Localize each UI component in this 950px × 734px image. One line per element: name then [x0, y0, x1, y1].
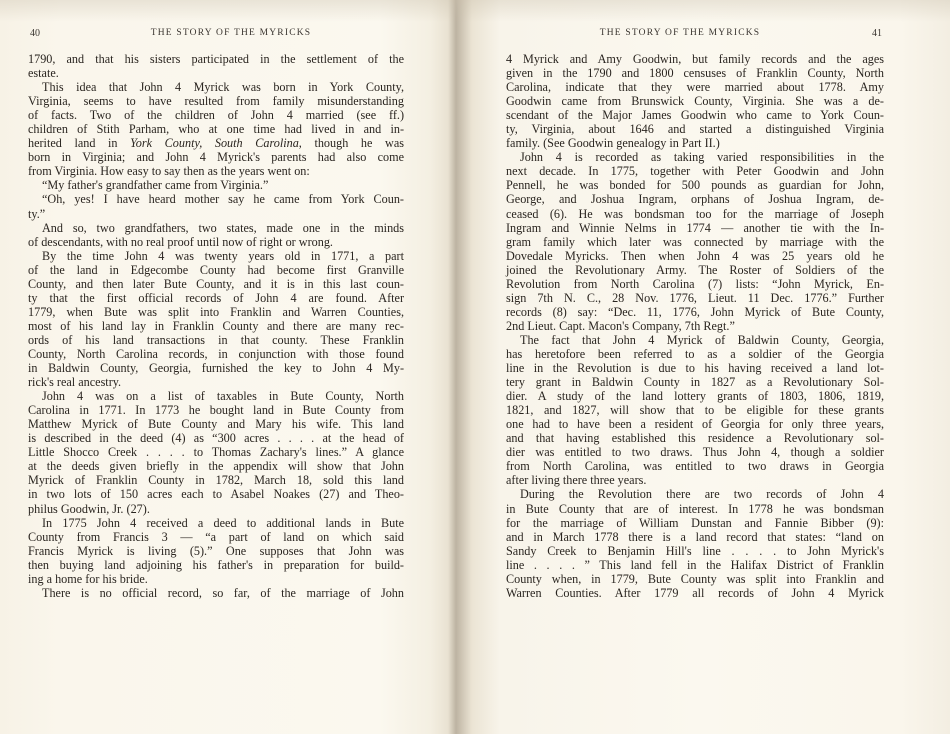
text-line: line in the Revolution is due to his hav…: [506, 361, 884, 375]
text-line: County, North Carolina records, in conju…: [28, 347, 404, 361]
text-line: from North Carolina, was entitled to two…: [506, 459, 884, 473]
text-line: scendant of the Major James Goodwin who …: [506, 108, 884, 122]
text-line: ing a home for his bride.: [28, 572, 404, 586]
text-line: During the Revolution there are two reco…: [506, 487, 884, 501]
text-line: In 1775 John 4 received a deed to additi…: [28, 516, 404, 530]
text-line: in Baldwin County, Georgia, furnished th…: [28, 361, 404, 375]
text-line: ceased (6). He was bondsman too for the …: [506, 207, 884, 221]
text-line: born in Virginia; and John 4 Myrick's pa…: [28, 150, 404, 164]
left-body-text: 1790, and that his sisters participated …: [28, 52, 404, 600]
text-line: Little Shocco Creek . . . . to Thomas Za…: [28, 445, 404, 459]
text-line: County when, in 1779, Bute County was sp…: [506, 572, 884, 586]
text-line: Carolina in 1771. In 1773 he bought land…: [28, 403, 404, 417]
text-line: dier was entitled to two draws. Thus Joh…: [506, 445, 884, 459]
text-line: Virginia, seems to have resulted from fa…: [28, 94, 404, 108]
text-line: 2nd Lieut. Capt. Macon's Company, 7th Re…: [506, 319, 884, 333]
text-line: estate.: [28, 66, 404, 80]
text-line: Dovedale Myricks. Then when John 4 was 2…: [506, 249, 884, 263]
text-line: family. (See Goodwin genealogy in Part I…: [506, 136, 884, 150]
text-line: at the deeds given briefly in the append…: [28, 459, 404, 473]
text-line: philus Goodwin, Jr. (27).: [28, 502, 404, 516]
text-line: Goodwin came from Brunswick County, Virg…: [506, 94, 884, 108]
text-line: has heretofore been referred to as a sol…: [506, 347, 884, 361]
text-line: Pennell, he was bonded for 500 pounds as…: [506, 178, 884, 192]
text-line: Warren Counties. After 1779 all records …: [506, 586, 884, 600]
text-line: By the time John 4 was twenty years old …: [28, 249, 404, 263]
text-line: John 4 is recorded as taking varied resp…: [506, 150, 884, 164]
text-line: joined the Revolutionary Army. The Roste…: [506, 263, 884, 277]
text-line: next decade. In 1775, together with Pete…: [506, 164, 884, 178]
right-page-number: 41: [872, 28, 882, 39]
text-line: is described in the deed (4) as “300 acr…: [28, 431, 404, 445]
text-line: from Virginia. How easy to say then as t…: [28, 164, 404, 178]
text-line: tery grant in Baldwin County in 1827 as …: [506, 375, 884, 389]
text-line: County from Francis 3 — “a part of land …: [28, 530, 404, 544]
text-line: dier. A study of the land lottery grants…: [506, 389, 884, 403]
text-line: 1790, and that his sisters participated …: [28, 52, 404, 66]
text-line: “My father's grandfather came from Virgi…: [28, 178, 404, 192]
text-line: after living there three years.: [506, 473, 884, 487]
text-line: Carolina, indicate that they were marrie…: [506, 80, 884, 94]
text-line: children of Stith Parham, who at one tim…: [28, 122, 404, 136]
text-line: most of his land lay in Franklin County …: [28, 319, 404, 333]
text-line: records (8) say: “Dec. 11, 1776, John My…: [506, 305, 884, 319]
top-edge-shadow: [0, 0, 950, 22]
text-line: and that having established this residen…: [506, 431, 884, 445]
right-running-title: THE STORY OF THE MYRICKS: [506, 28, 884, 38]
book-spread: 40 THE STORY OF THE MYRICKS 1790, and th…: [0, 0, 950, 734]
text-line: of facts. Two of the children of John 4 …: [28, 108, 404, 122]
text-line: County, and then later Bute County, and …: [28, 277, 404, 291]
text-line: ords of his land transactions in that co…: [28, 333, 404, 347]
text-line: There is no official record, so far, of …: [28, 586, 404, 600]
text-line: John 4 was on a list of taxables in Bute…: [28, 389, 404, 403]
text-line: “Oh, yes! I have heard mother say he cam…: [28, 192, 404, 206]
text-line: of descendants, with no real proof until…: [28, 235, 404, 249]
text-line: for the marriage of William Dunstan and …: [506, 516, 884, 530]
text-line: herited land in York County, South Carol…: [28, 136, 404, 150]
right-body-text: 4 Myrick and Amy Goodwin, but family rec…: [506, 52, 884, 600]
text-line: sign 7th N. C., 28 Nov. 1776, Lieut. 11 …: [506, 291, 884, 305]
text-line: 1821, and 1827, will show that to be eli…: [506, 403, 884, 417]
text-line: Francis Myrick is living (5).” One suppo…: [28, 544, 404, 558]
left-running-head: 40 THE STORY OF THE MYRICKS: [28, 28, 404, 44]
text-line: in two lots of 150 acres each to Asabel …: [28, 487, 404, 501]
text-line: ty, Virginia, about 1646 and started a d…: [506, 122, 884, 136]
text-line: 1779, when Bute was split into Franklin …: [28, 305, 404, 319]
text-line: This idea that John 4 Myrick was born in…: [28, 80, 404, 94]
right-running-head: THE STORY OF THE MYRICKS 41: [506, 28, 884, 44]
text-line: George, and Joshua Ingram, orphans of Jo…: [506, 192, 884, 206]
text-line: given in the 1790 and 1800 censuses of F…: [506, 66, 884, 80]
text-line: Sandy Creek to Benjamin Hill's line . . …: [506, 544, 884, 558]
text-line: Myrick of Franklin County in 1782, March…: [28, 473, 404, 487]
text-line: Ingram and Winnie Nelms in 1774 — anothe…: [506, 221, 884, 235]
text-line: ty.”: [28, 207, 404, 221]
text-line: line . . . . ” This land fell in the Hal…: [506, 558, 884, 572]
text-line: Matthew Myrick of Bute County and Mary h…: [28, 417, 404, 431]
text-line: in Bute County that are of interest. In …: [506, 502, 884, 516]
text-line: And so, two grandfathers, two states, ma…: [28, 221, 404, 235]
left-running-title: THE STORY OF THE MYRICKS: [28, 28, 404, 38]
text-line: then buying land adjoining his father's …: [28, 558, 404, 572]
text-line: of the land in Edgecombe County had beco…: [28, 263, 404, 277]
text-line: rick's real ancestry.: [28, 375, 404, 389]
text-line: and in March 1778 there is a land record…: [506, 530, 884, 544]
text-line: Revolution from North Carolina (7) lists…: [506, 277, 884, 291]
text-line: The fact that John 4 Myrick of Baldwin C…: [506, 333, 884, 347]
text-line: gram family which later was connected by…: [506, 235, 884, 249]
text-line: 4 Myrick and Amy Goodwin, but family rec…: [506, 52, 884, 66]
text-line: ty that the first official records of Jo…: [28, 291, 404, 305]
text-line: one had to have been a resident of Georg…: [506, 417, 884, 431]
